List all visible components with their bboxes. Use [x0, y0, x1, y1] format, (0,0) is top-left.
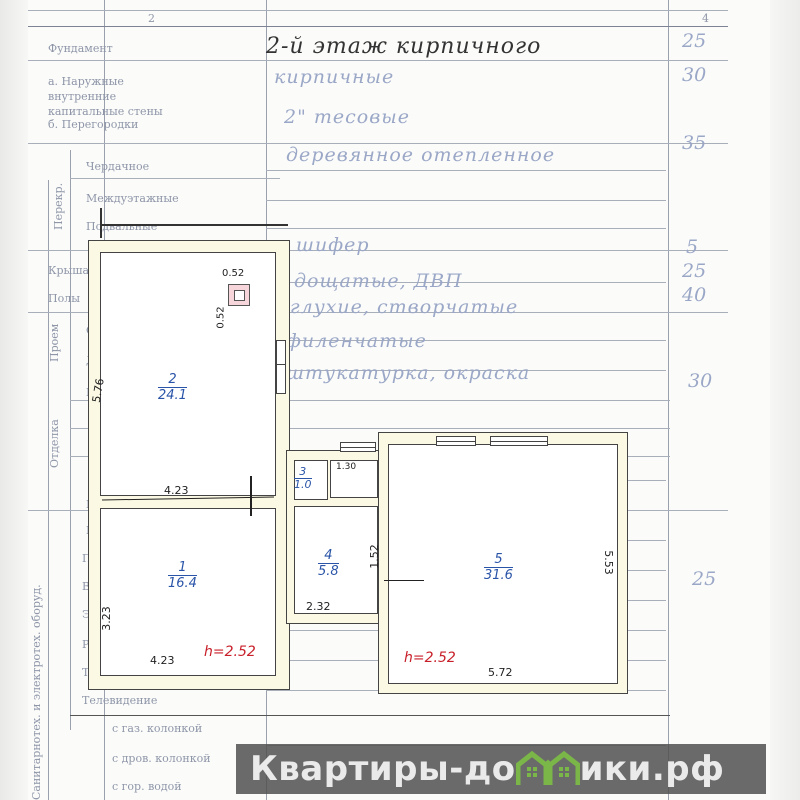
- wear-percent: 25: [682, 260, 706, 282]
- watermark-banner: Квартиры-до ики.рф: [236, 744, 766, 794]
- dimension-tick: [250, 476, 252, 516]
- row-line: [70, 178, 280, 179]
- room-number: 2: [158, 372, 187, 388]
- wear-percent: 5: [686, 236, 698, 258]
- ceiling-height: h=2.52: [204, 644, 256, 660]
- window: [340, 442, 376, 452]
- column-header: 4: [702, 12, 709, 25]
- row-label: Полы: [48, 292, 80, 305]
- row-label: Телевидение: [82, 694, 157, 707]
- room-number: 5: [484, 552, 513, 568]
- handwritten-value: штукатурка, окраска: [286, 362, 530, 384]
- row-line: [266, 200, 666, 201]
- room-area: 1.0: [294, 478, 312, 491]
- room-number: 4: [318, 548, 339, 564]
- handwritten-value: глухие, створчатые: [290, 296, 518, 318]
- plan-line: [100, 208, 102, 238]
- window: [436, 436, 476, 446]
- dimension-label: 5.72: [488, 666, 513, 679]
- room-number: 1: [168, 560, 197, 576]
- handwritten-value: 2-й этаж кирпичного: [266, 34, 541, 59]
- chimney-icon: [228, 284, 250, 306]
- row-line: [266, 170, 666, 171]
- dimension-label: 4.23: [164, 484, 189, 497]
- wear-percent: 30: [688, 370, 712, 392]
- dimension-label: 5.53: [602, 550, 615, 575]
- room-area: 31.6: [484, 568, 513, 583]
- row-label: с газ. колонкой: [112, 722, 202, 735]
- row-line: [28, 10, 728, 11]
- side-label: Санитарнотех. и электротех. оборуд.: [30, 584, 43, 800]
- row-label: Междуэтажные: [86, 192, 179, 205]
- room-label: 4 5.8: [318, 548, 339, 579]
- dimension-label: 0.52: [216, 306, 227, 328]
- plan-line: [100, 224, 288, 226]
- window: [490, 436, 548, 446]
- handwritten-value: дощатые, ДВП: [294, 270, 463, 292]
- row-label: Крыша: [48, 264, 89, 277]
- row-line: [28, 26, 728, 27]
- page-edge: [770, 0, 800, 800]
- wear-percent: 35: [682, 132, 706, 154]
- room-area: 16.4: [168, 576, 197, 591]
- wear-percent: 40: [682, 284, 706, 306]
- handwritten-value: 2" тесовые: [284, 106, 410, 128]
- row-label: а. Наружные внутренние капитальные стены: [48, 74, 168, 119]
- room-label: 1 16.4: [168, 560, 197, 591]
- wear-percent: 25: [682, 30, 706, 52]
- side-label: Перекр.: [52, 183, 65, 230]
- row-label: Подвальные: [86, 220, 157, 233]
- dimension-line: [384, 580, 424, 581]
- room-label: 3 1.0: [294, 466, 312, 491]
- column-header-left: 2: [148, 12, 155, 25]
- room-label: 2 24.1: [158, 372, 187, 403]
- wear-percent: 25: [692, 568, 716, 590]
- watermark-text-left: Квартиры-до: [236, 749, 516, 789]
- dimension-label: 1.52: [368, 544, 381, 569]
- row-label: Чердачное: [86, 160, 149, 173]
- side-label: Отделка: [48, 419, 61, 468]
- house-logo-icon: [516, 751, 580, 787]
- handwritten-value: шифер: [296, 234, 370, 256]
- dimension-label: 4.23: [150, 654, 175, 667]
- handwritten-value: деревянное отепленное: [286, 144, 555, 166]
- row-label: б. Перегородки: [48, 118, 138, 131]
- room-area: 5.8: [318, 564, 339, 579]
- dimension-label: 3.23: [100, 606, 113, 631]
- dimension-label: 0.52: [222, 268, 244, 279]
- column-divider: [70, 150, 71, 730]
- dimension-label: 1.30: [336, 462, 356, 472]
- ceiling-height: h=2.52: [404, 650, 456, 666]
- dimension-label: 2.32: [306, 600, 331, 613]
- row-line: [28, 60, 728, 61]
- room-label: 5 31.6: [484, 552, 513, 583]
- window: [276, 340, 286, 394]
- side-label: Проем: [48, 324, 61, 362]
- row-label: Фундамент: [48, 42, 113, 55]
- room-area: 24.1: [158, 388, 187, 403]
- handwritten-value: кирпичные: [274, 66, 394, 88]
- watermark-text-right: ики.рф: [580, 749, 725, 789]
- row-line: [70, 715, 670, 716]
- row-label: с гор. водой: [112, 780, 182, 793]
- wear-percent: 30: [682, 64, 706, 86]
- handwritten-value: филенчатые: [286, 330, 427, 352]
- page-shadow: [0, 0, 28, 800]
- row-line: [266, 228, 666, 229]
- row-label: с дров. колонкой: [112, 752, 211, 765]
